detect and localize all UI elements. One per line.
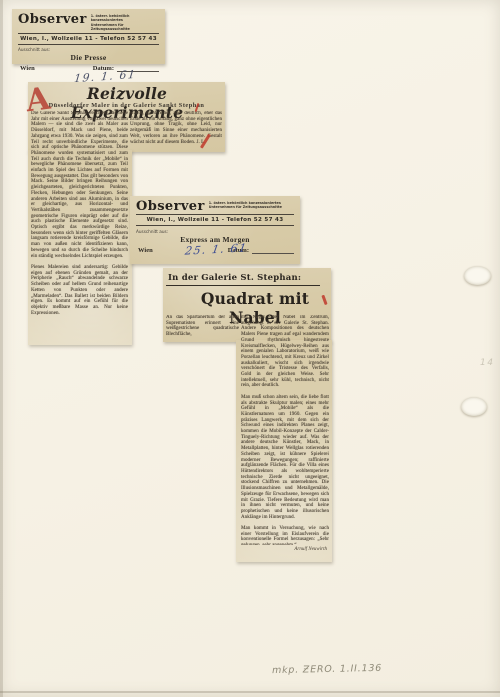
article1-column2: wandt, nicht reiner, aber deutlich, eher… [130,111,222,150]
article1-subtitle: Düsseldorfer Maler in der Galerie Sankt … [30,102,223,109]
article2-byline: Arnulf Neuwirth [241,547,327,552]
clipping-source-name: Die Presse [18,53,159,62]
date-blank-line [252,247,294,254]
scanned-archive-page: Observer 1. österr. behördlich konzessio… [0,0,500,697]
observer-tagline-line1: 1. österr. behördlich konzessioniertes [209,201,281,205]
observer-tagline: 1. österr. behördlich konzessioniertes U… [209,201,282,210]
observer-address: Wien, I., Wollzeile 11 - Telefon 52 57 4… [136,215,294,226]
red-grade-letter-stamp: A [24,84,52,117]
observer-logo: Observer [18,13,87,26]
article2-column2: mit Nagel oder Nabel im Zentrum, aufgehä… [241,315,329,545]
margin-page-number: 14 [480,358,494,368]
observer-tagline-line2: Unternehmen für Zeitungsausschnitte [209,205,282,209]
observer-stamp-die-presse: Observer 1. österr. behördlich konzessio… [12,9,165,64]
scan-left-edge-shadow [0,0,3,697]
observer-stamp-header: Observer 1. österr. behördlich konzessio… [136,200,294,215]
observer-tagline-line1: 1. österr. behördlich konzessioniertes [91,14,130,22]
article2-kicker: In der Galerie St. Stephan: [166,271,320,286]
scan-bottom-edge-shadow [0,691,500,693]
observer-address: Wien, I., Wollzeile 11 - Telefon 52 57 4… [18,34,159,45]
cutout-from-label: Ausschnitt aus: [136,229,294,234]
observer-stamp-header: Observer 1. österr. behördlich konzessio… [18,13,159,34]
observer-tagline-line2: Unternehmen für Zeitungsausschnitte [91,23,130,31]
punch-hole-bottom [461,397,487,416]
observer-tagline: 1. österr. behördlich konzessioniertes U… [91,14,159,32]
city-label: Wien [18,65,35,72]
archive-pencil-note: mkp. ƵERO. 1.II.136 [272,663,382,676]
article2-column1: An das Spartanertum der alten Suprematis… [166,315,239,338]
punch-hole-top [464,266,491,285]
observer-logo: Observer [136,200,205,213]
article1-column1: Die Galerie Sankt Stephan eröffnete das … [31,111,128,342]
city-label: Wien [136,247,153,254]
cutout-from-label: Ausschnitt aus: [18,47,159,52]
